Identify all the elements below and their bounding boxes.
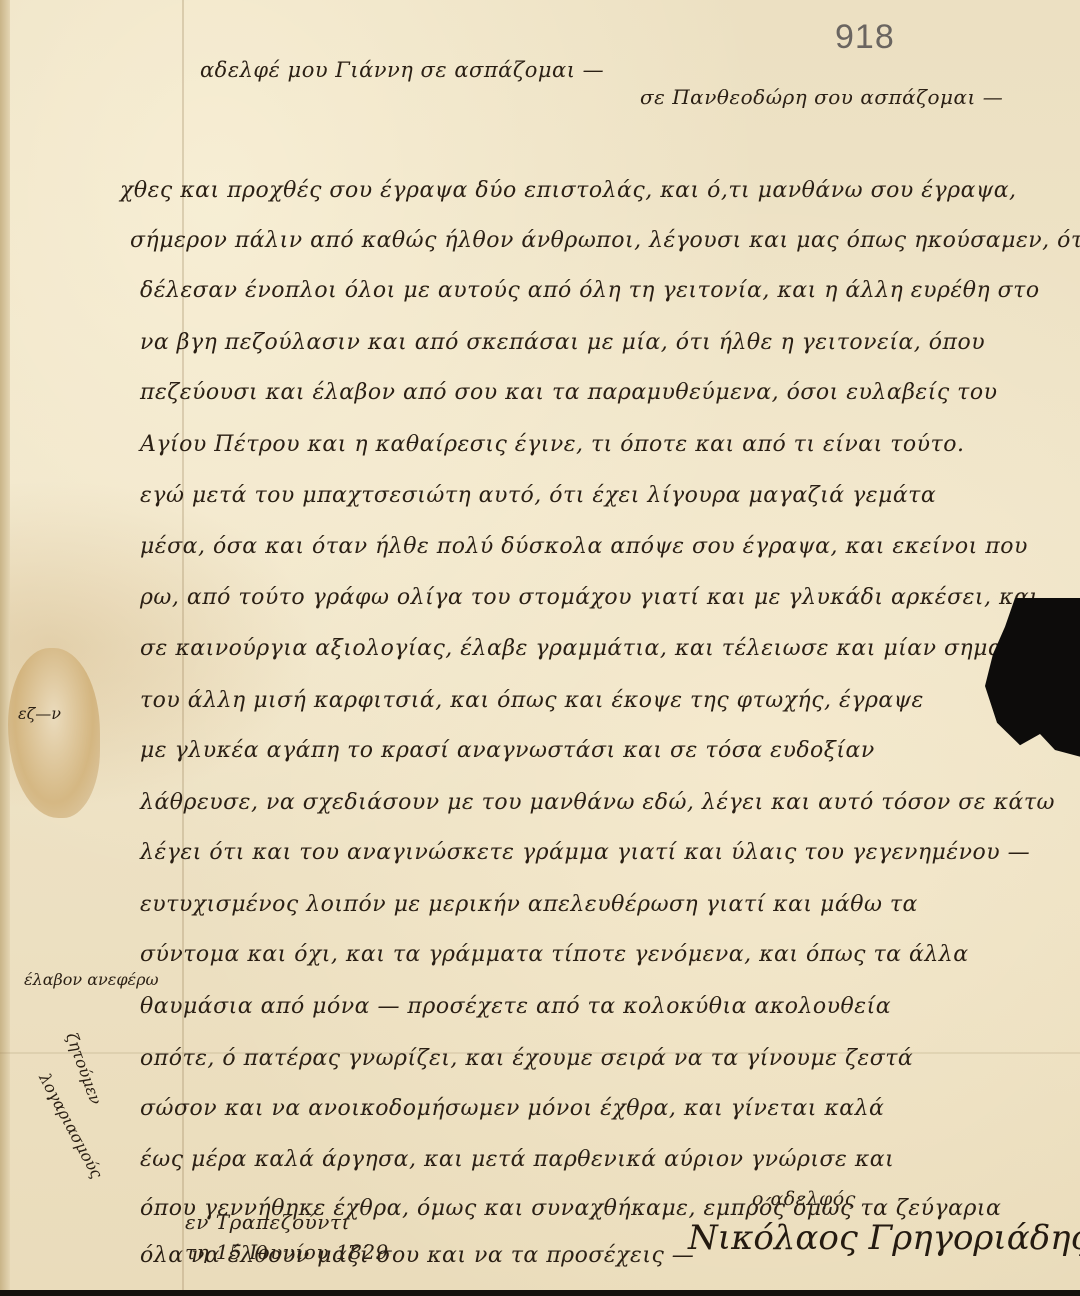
body-line: λάθρευσε, να σχεδιάσουν με του μανθάνω ε… (140, 790, 1055, 815)
body-line: οπότε, ό πατέρας γνωρίζει, και έχουμε σε… (140, 1046, 913, 1071)
header-line-1: αδελφέ μου Γιάννη σε ασπάζομαι — (200, 58, 604, 82)
header-line-2: σε Πανθεοδώρη σου ασπάζομαι — (640, 85, 1003, 109)
torn-hole (985, 598, 1080, 758)
water-stain (8, 648, 100, 818)
closing-place: εν Τραπεζούντι (185, 1210, 350, 1234)
body-line: πεζεύουσι και έλαβον από σου και τα παρα… (140, 380, 997, 405)
archive-number: 918 (835, 18, 895, 57)
body-line: έως μέρα καλά άργησα, και μετά παρθενικά… (140, 1147, 894, 1172)
closing-salutation: ο αδελφός (752, 1188, 856, 1210)
body-line: σύντομα και όχι, και τα γράμματα τίποτε … (140, 942, 969, 967)
paper-edge (0, 0, 10, 1290)
body-line: χθες και προχθές σου έγραψα δύο επιστολά… (120, 178, 1017, 203)
body-line: σε καινούργια αξιολογίας, έλαβε γραμμάτι… (140, 636, 1080, 661)
body-line: σώσον και να ανοικοδομήσωμεν μόνοι έχθρα… (140, 1096, 884, 1121)
signature: Νικόλαος Γρηγοριάδης (688, 1218, 1080, 1258)
letter-page: 918 αδελφέ μου Γιάννη σε ασπάζομαι — σε … (0, 0, 1080, 1290)
body-line: μέσα, όσα και όταν ήλθε πολύ δύσκολα από… (140, 534, 1028, 559)
left-margin-note: έλαβον ανεφέρω (24, 970, 159, 989)
scan-border (0, 1290, 1080, 1296)
body-line: ρω, από τούτο γράφω ολίγα του στομάχου γ… (140, 585, 1038, 610)
body-line: λέγει ότι και του αναγινώσκετε γράμμα γι… (140, 840, 1030, 865)
body-line: να βγη πεζούλασιν και από σκεπάσαι με μί… (140, 330, 985, 355)
body-line: σήμερον πάλιν από καθώς ήλθον άνθρωποι, … (130, 228, 1080, 253)
body-line: Αγίου Πέτρου και η καθαίρεσις έγινε, τι … (140, 432, 964, 457)
body-line: δέλεσαν ένοπλοι όλοι με αυτούς από όλη τ… (140, 278, 1040, 303)
stain-note: εζ—ν (18, 704, 61, 723)
body-line: με γλυκέα αγάπη το κρασί αναγνωστάσι και… (140, 738, 875, 763)
closing-date: τη 15 Ιουνίου 1829 (185, 1240, 389, 1264)
body-line: θαυμάσια από μόνα — προσέχετε από τα κολ… (140, 994, 891, 1019)
body-line: ευτυχισμένος λοιπόν με μερικήν απελευθέρ… (140, 892, 918, 917)
body-line: εγώ μετά του μπαχτσεσιώτη αυτό, ότι έχει… (140, 483, 936, 508)
vertical-margin-note-1: ζητούμεν (62, 1030, 106, 1107)
body-line: του άλλη μισή καρφιτσιά, και όπως και έκ… (140, 688, 924, 713)
